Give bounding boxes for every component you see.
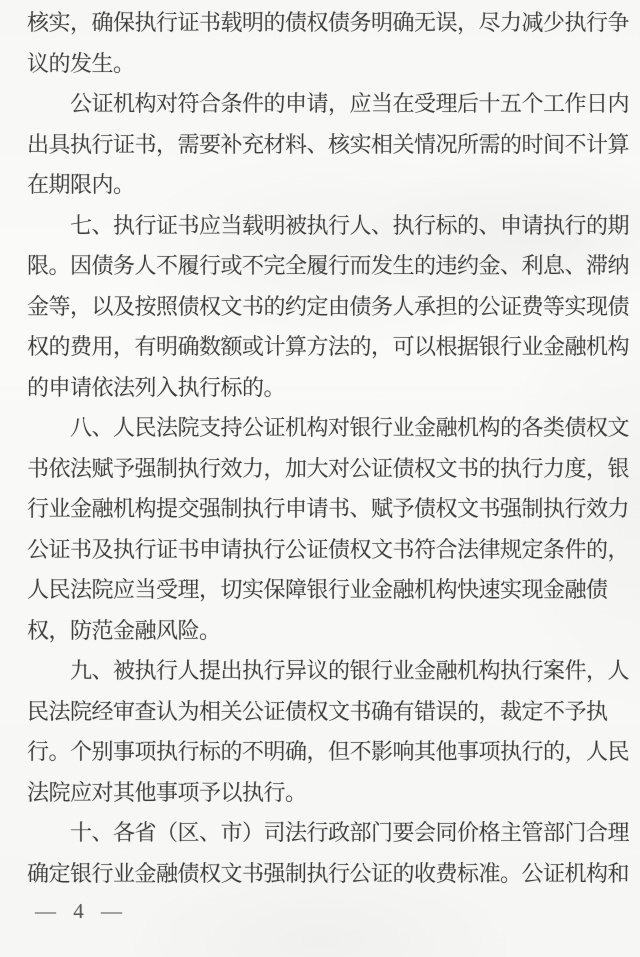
text-line: 在期限内。 [27, 165, 637, 206]
page-number: — 4 — [35, 896, 123, 926]
text-line: 金等，以及按照债权文书的约定由债务人承担的公证费等实现债 [27, 287, 637, 328]
document-body: 核实，确保执行证书载明的债权债务明确无误，尽力减少执行争议的发生。公证机构对符合… [27, 3, 637, 894]
text-line: 书依法赋予强制执行效力，加大对公证债权文书的执行力度，银 [27, 449, 637, 490]
text-line: 行。个别事项执行标的不明确，但不影响其他事项执行的，人民 [27, 732, 637, 773]
text-line: 的申请依法列入执行标的。 [27, 368, 637, 409]
text-line: 议的发生。 [27, 44, 637, 85]
text-line: 权的费用，有明确数额或计算方法的，可以根据银行业金融机构 [27, 327, 637, 368]
text-line: 出具执行证书，需要补充材料、核实相关情况所需的时间不计算 [27, 125, 637, 166]
text-line: 十、各省（区、市）司法行政部门要会同价格主管部门合理 [27, 813, 637, 854]
text-line: 人民法院应当受理，切实保障银行业金融机构快速实现金融债 [27, 570, 637, 611]
text-line: 九、被执行人提出执行异议的银行业金融机构执行案件，人 [27, 651, 637, 692]
text-line: 公证书及执行证书申请执行公证债权文书符合法律规定条件的， [27, 530, 637, 571]
text-line: 法院应对其他事项予以执行。 [27, 773, 637, 814]
text-line: 核实，确保执行证书载明的债权债务明确无误，尽力减少执行争 [27, 3, 637, 44]
text-line: 行业金融机构提交强制执行申请书、赋予债权文书强制执行效力 [27, 489, 637, 530]
text-line: 限。因债务人不履行或不完全履行而发生的违约金、利息、滞纳 [27, 246, 637, 287]
text-line: 权，防范金融风险。 [27, 611, 637, 652]
text-line: 民法院经审查认为相关公证债权文书确有错误的，裁定不予执 [27, 692, 637, 733]
text-line: 七、执行证书应当载明被执行人、执行标的、申请执行的期 [27, 206, 637, 247]
text-line: 确定银行业金融债权文书强制执行公证的收费标准。公证机构和 [27, 854, 637, 895]
text-line: 八、人民法院支持公证机构对银行业金融机构的各类债权文 [27, 408, 637, 449]
text-line: 公证机构对符合条件的申请，应当在受理后十五个工作日内 [27, 84, 637, 125]
